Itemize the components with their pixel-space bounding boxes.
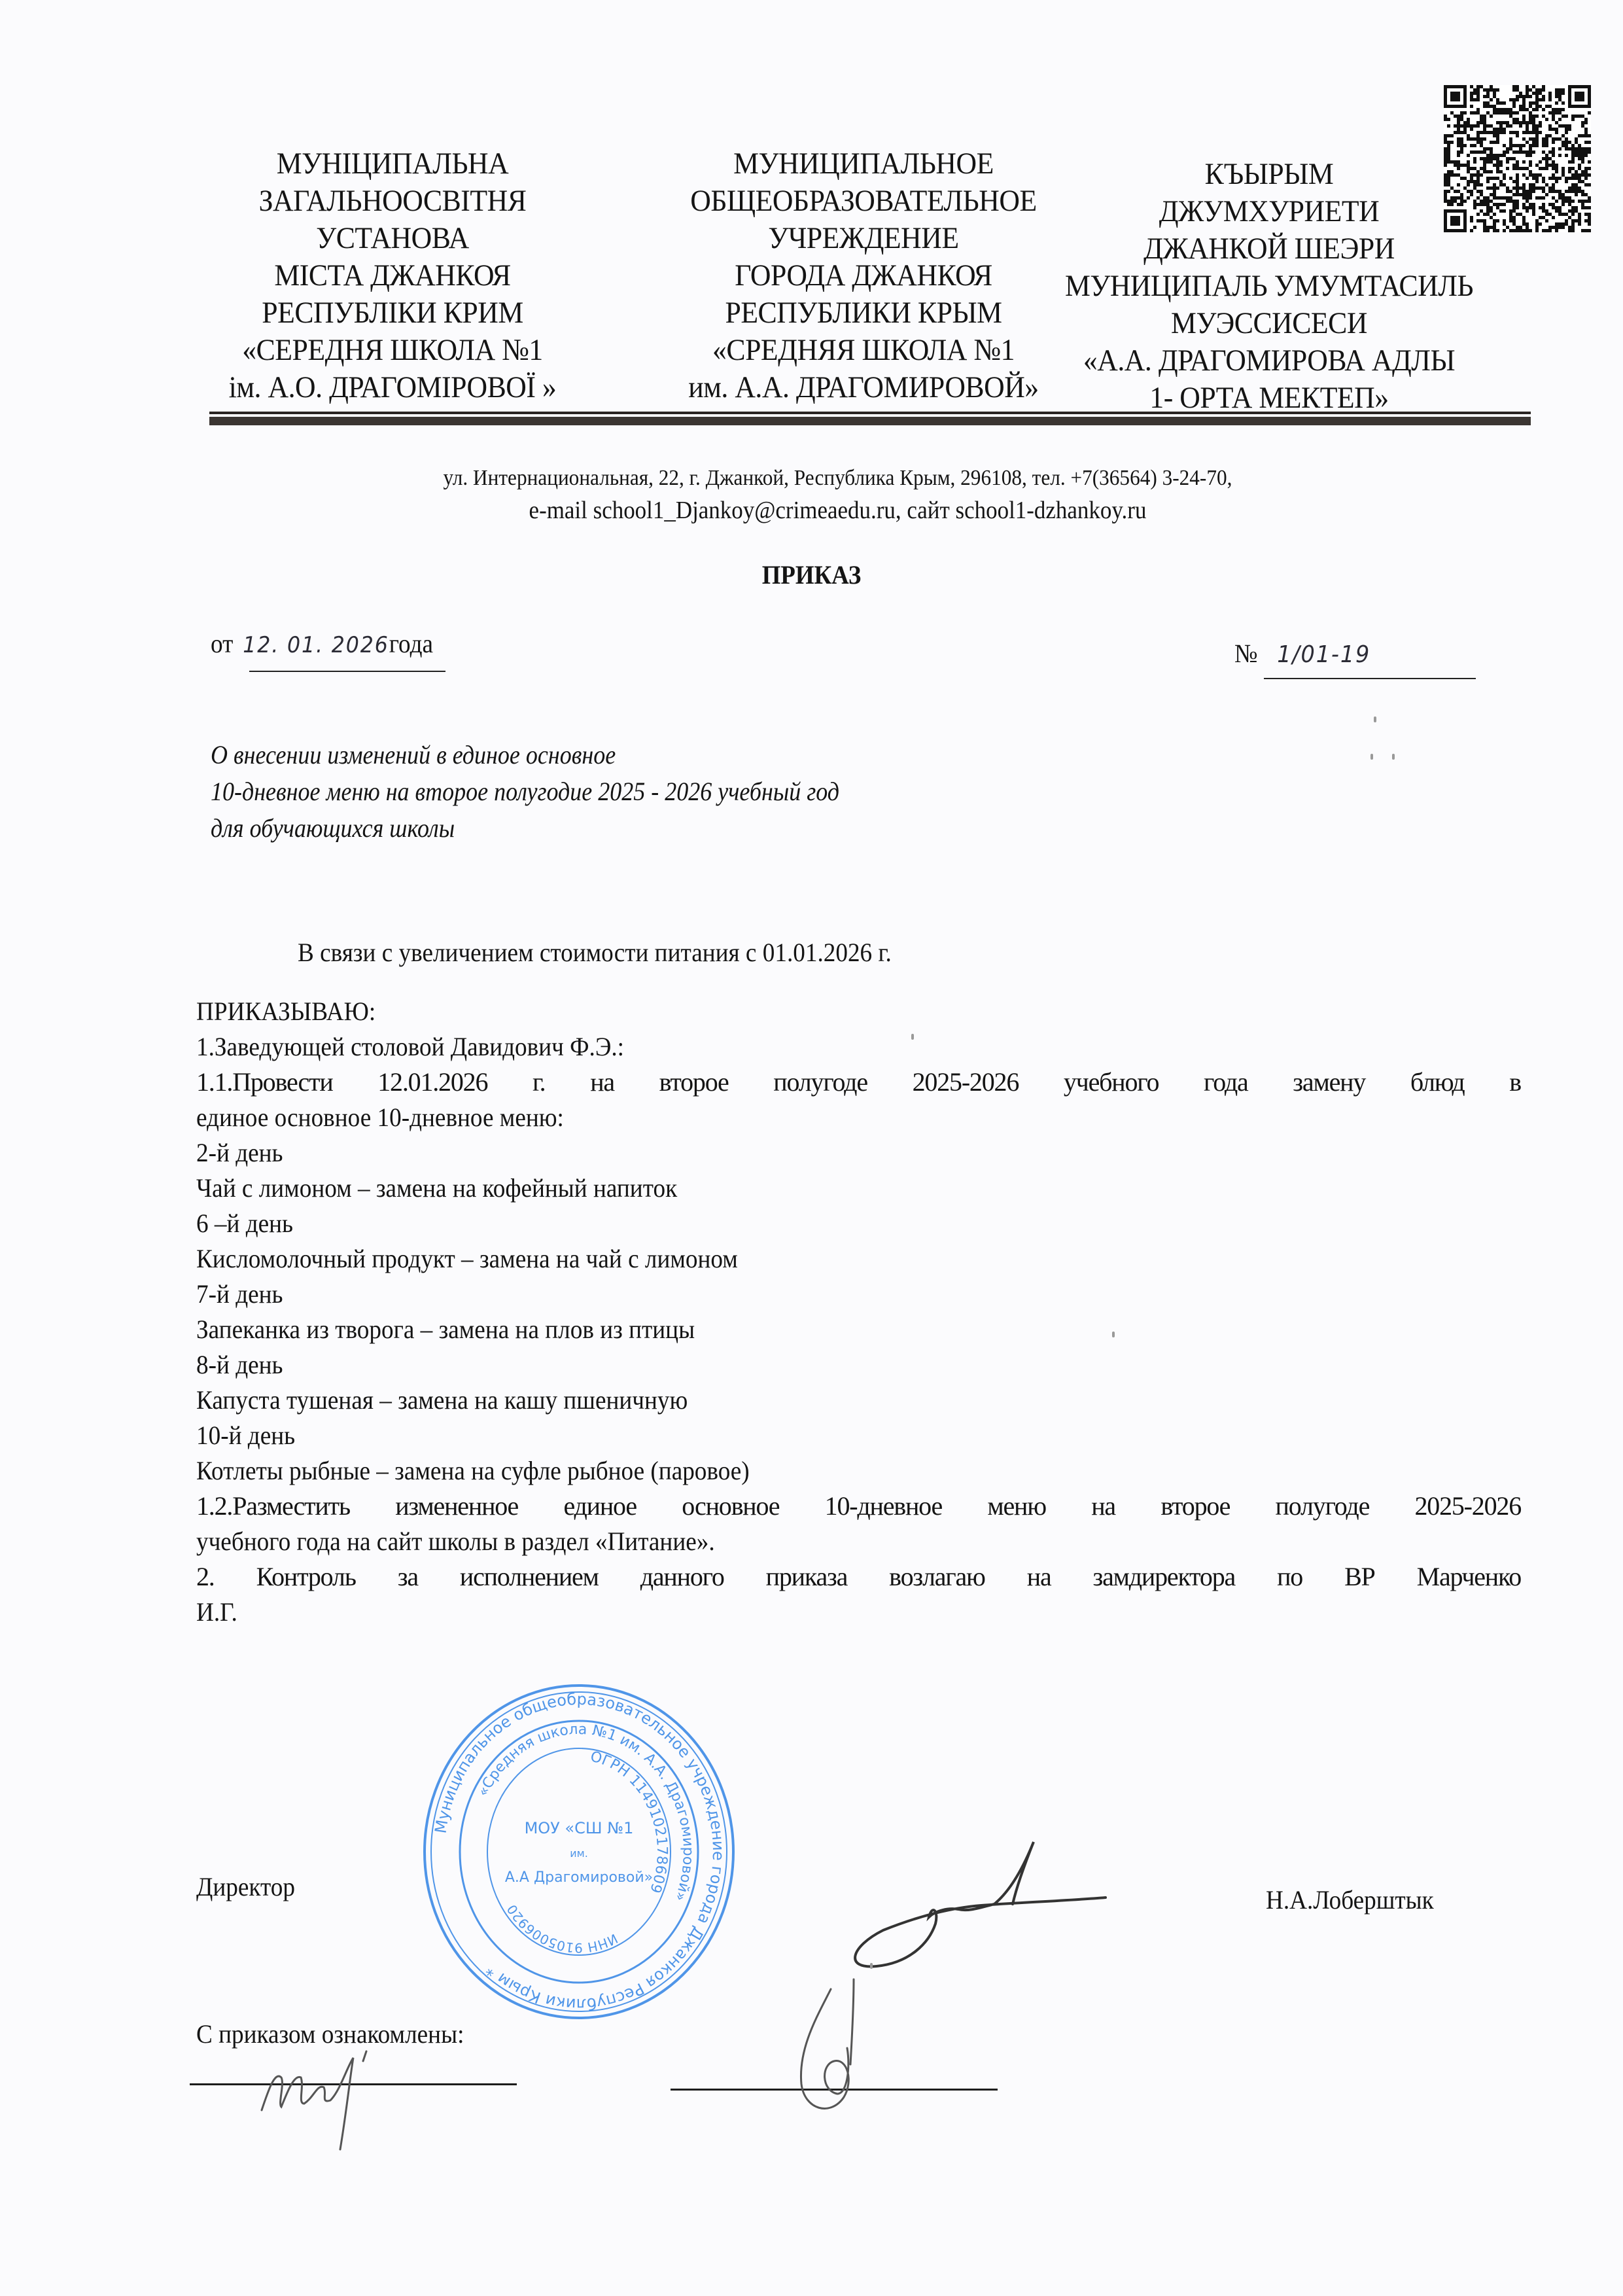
replacement-day: 7-й день <box>196 1279 283 1309</box>
header-ukrainian-name: МУНІЦИПАЛЬНА ЗАГАЛЬНООСВІТНЯ УСТАНОВА МІ… <box>204 145 582 406</box>
header-line: УСТАНОВА <box>204 220 582 257</box>
subject-line: для обучающихся школы <box>211 813 455 843</box>
replacement-day: 2-й день <box>196 1137 283 1168</box>
replacement-change: Капуста тушеная – замена на кашу пшеничн… <box>196 1385 688 1415</box>
scan-artifact <box>870 1963 873 1969</box>
handwritten-date: 12. 01. 2026 <box>243 632 389 658</box>
replacement-day: 8-й день <box>196 1349 283 1380</box>
date-prefix: от <box>211 629 233 658</box>
header-line: МІСТА ДЖАНКОЯ <box>204 257 582 294</box>
order-number: № 1/01-19 <box>1234 638 1370 669</box>
item-1: 1.Заведующей столовой Давидович Ф.Э.: <box>196 1031 624 1062</box>
subject-line: 10-дневное меню на второе полугодие 2025… <box>211 776 839 807</box>
date-underline <box>249 671 445 672</box>
header-line: ГОРОДА ДЖАНКОЯ <box>669 257 1058 294</box>
replacement-change: Кисломолочный продукт – замена на чай с … <box>196 1243 738 1274</box>
number-prefix: № <box>1234 639 1257 668</box>
header-line: УЧРЕЖДЕНИЕ <box>669 220 1058 257</box>
order-word: ПРИКАЗЫВАЮ: <box>196 996 375 1027</box>
scan-artifact <box>911 1034 914 1040</box>
header-line: ім. А.О. ДРАГОМІРОВОЇ » <box>204 369 582 406</box>
header-line: КЪЫРЫМ <box>1038 156 1501 193</box>
header-line: ДЖУМХУРИЕТИ <box>1038 193 1501 230</box>
header-russian-name: МУНИЦИПАЛЬНОЕ ОБЩЕОБРАЗОВАТЕЛЬНОЕ УЧРЕЖД… <box>669 145 1058 406</box>
address-line: ул. Интернациональная, 22, г. Джанкой, Р… <box>91 466 1584 491</box>
header-line: МУНИЦИПАЛЬ УМУМТАСИЛЬ <box>1038 268 1501 305</box>
date-suffix: года <box>389 629 433 658</box>
replacement-day: 10-й день <box>196 1420 295 1451</box>
subject-line: О внесении изменений в единое основное <box>211 739 616 770</box>
header-line: им. А.А. ДРАГОМИРОВОЙ» <box>669 369 1058 406</box>
stamp-center-line: им. <box>570 1847 588 1860</box>
header-line: МУНИЦИПАЛЬНОЕ <box>669 145 1058 183</box>
signer-position: Директор <box>196 1871 295 1902</box>
replacement-change: Чай с лимоном – замена на кофейный напит… <box>196 1173 677 1203</box>
scan-artifact <box>1374 716 1376 722</box>
replacement-day: 6 –й день <box>196 1208 293 1239</box>
scan-artifact <box>1112 1332 1115 1337</box>
document-title: ПРИКАЗ <box>65 559 1558 590</box>
header-line: МУНІЦИПАЛЬНА <box>204 145 582 183</box>
scan-artifact <box>1392 754 1395 760</box>
header-line: РЕСПУБЛІКИ КРИМ <box>204 294 582 332</box>
signer-name: Н.А.Лоберштык <box>1266 1884 1434 1915</box>
item-1-1-line: единое основное 10-дневное меню: <box>196 1102 564 1133</box>
item-1-2-line: 1.2.Разместить измененное единое основно… <box>196 1491 1521 1521</box>
scan-artifact <box>1370 754 1373 760</box>
item-2-line: 2. Контроль за исполнением данного прика… <box>196 1561 1521 1592</box>
header-line: ОБЩЕОБРАЗОВАТЕЛЬНОЕ <box>669 183 1058 220</box>
email-line: e-mail school1_Djankoy@crimeaedu.ru, сай… <box>91 496 1584 525</box>
header-line: «СРЕДНЯЯ ШКОЛА №1 <box>669 332 1058 369</box>
item-2-line: И.Г. <box>196 1597 237 1627</box>
stamp-inn-text: ИНН 9105006920 <box>504 1902 620 1956</box>
intro-paragraph: В связи с увеличением стоимости питания … <box>298 937 892 968</box>
order-date: от 12. 01. 2026года <box>211 628 433 659</box>
number-underline <box>1264 678 1476 679</box>
header-line: ДЖАНКОЙ ШЕЭРИ <box>1038 230 1501 268</box>
qr-code-icon <box>1444 85 1591 232</box>
item-1-1-line: 1.1.Провести 12.01.2026 г. на второе пол… <box>196 1067 1521 1097</box>
header-line: МУЭССИСЕСИ <box>1038 305 1501 342</box>
item-1-2-line: учебного года на сайт школы в раздел «Пи… <box>196 1526 715 1557</box>
stamp-center-line: МОУ «СШ №1 <box>525 1819 634 1837</box>
ack-signature <box>772 1969 890 2140</box>
ack-signature <box>249 2038 399 2156</box>
header-divider-thick <box>209 417 1531 425</box>
header-line: «СЕРЕДНЯ ШКОЛА №1 <box>204 332 582 369</box>
header-crimean-tatar-name: КЪЫРЫМ ДЖУМХУРИЕТИ ДЖАНКОЙ ШЕЭРИ МУНИЦИП… <box>1038 156 1501 417</box>
header-line: РЕСПУБЛИКИ КРЫМ <box>669 294 1058 332</box>
header-line: «А.А. ДРАГОМИРОВА АДЛЫ <box>1038 342 1501 380</box>
replacement-change: Запеканка из творога – замена на плов из… <box>196 1314 695 1345</box>
header-line: ЗАГАЛЬНООСВІТНЯ <box>204 183 582 220</box>
stamp-center-line: А.А Драгомировой» <box>505 1869 653 1886</box>
director-signature <box>818 1832 1145 1983</box>
replacement-change: Котлеты рыбные – замена на суфле рыбное … <box>196 1455 750 1486</box>
header-divider-thin <box>209 412 1531 414</box>
handwritten-number: 1/01-19 <box>1277 641 1370 668</box>
official-stamp: Муниципальное общеобразовательное учрежд… <box>419 1682 739 2022</box>
